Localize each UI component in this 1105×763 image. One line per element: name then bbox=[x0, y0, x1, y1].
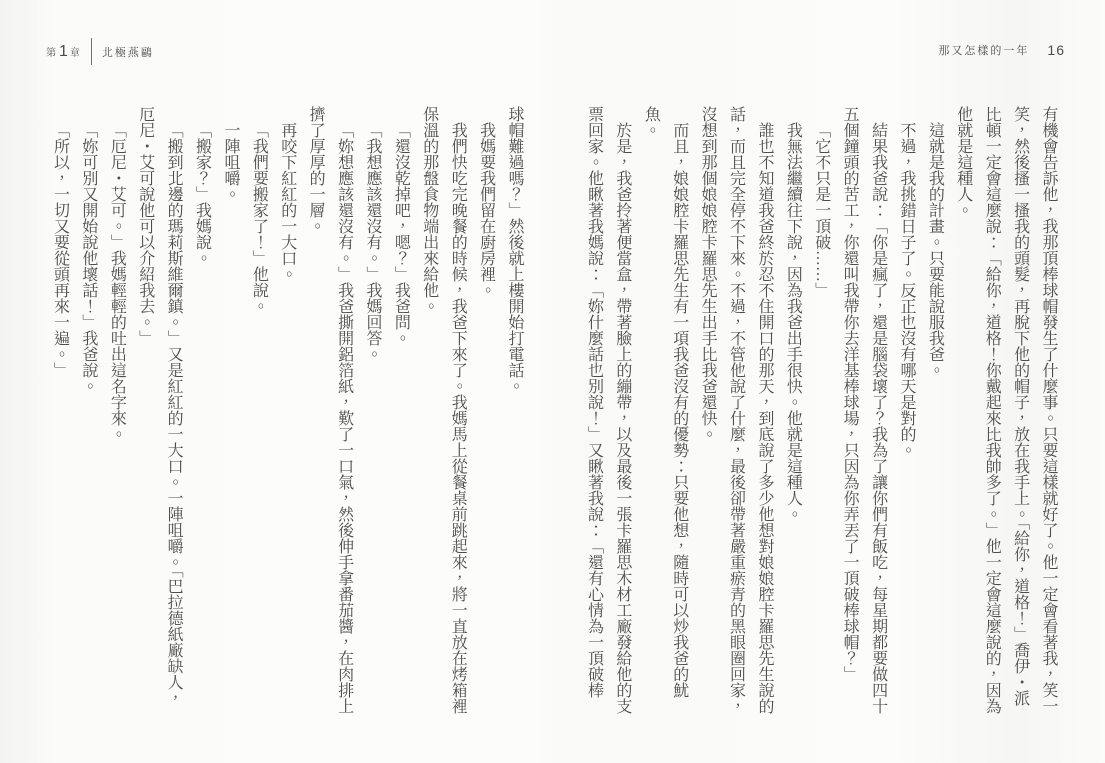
paragraph: 「它不只是一頂破……」 bbox=[806, 106, 834, 717]
chapter-title: 北極燕鷗 bbox=[102, 44, 154, 60]
paragraph: 我無法繼續往下說，因為我爸出手很快。他就是這種人。 bbox=[778, 106, 806, 717]
book-spread: 第 1 章 北極燕鷗 那又怎樣的一年 16 有機會告訴他，我那頂棒球帽發生了什麼… bbox=[0, 0, 1105, 763]
paragraph: 誰也不知道我爸終於忍不住開口的那天，到底說了多少他想對娘娘腔卡羅思先生說的話，而… bbox=[693, 106, 778, 717]
book-title: 那又怎樣的一年 bbox=[938, 42, 1029, 58]
chapter-label-prefix: 第 bbox=[46, 44, 57, 59]
paragraph: 一陣咀嚼。 bbox=[216, 106, 244, 717]
paragraph: 我們快吃完晚餐的時候，我爸下來了。我媽馬上從餐桌前跳起來，將一直放在烤箱裡保溫的… bbox=[414, 106, 471, 717]
right-page-header: 那又怎樣的一年 16 bbox=[938, 42, 1065, 58]
paragraph: 而且，娘娘腔卡羅思先生有一項我爸沒有的優勢：只要他想，隨時可以炒我爸的魷魚。 bbox=[636, 106, 693, 717]
left-page-header: 第 1 章 北極燕鷗 bbox=[46, 38, 154, 65]
paragraph: 「妳想應該還沒有。」我爸撕開鋁箔紙，歎了一口氣，然後伸手拿番茄醬，在肉排上擠了厚… bbox=[301, 106, 358, 717]
paragraph: 再咬下紅紅的一大口。 bbox=[272, 106, 300, 717]
paragraph: 「所以，一切又要從頭再來一遍。」 bbox=[45, 106, 73, 717]
chapter-number: 1 bbox=[59, 44, 68, 60]
paragraph: 「厄尼・艾可。」我媽輕輕的吐出這名字來。 bbox=[102, 106, 130, 717]
paragraph: 「妳可別又開始說他壞話！」我爸說。 bbox=[74, 106, 102, 717]
paragraph: 「我們要搬家了！」他說。 bbox=[244, 106, 272, 717]
paragraph: 有機會告訴他，我那頂棒球帽發生了什麼事。只要這樣就好了。他一定會看著我，笑一笑，… bbox=[948, 106, 1062, 717]
chapter-label-suffix: 章 bbox=[70, 44, 81, 59]
page-number: 16 bbox=[1047, 42, 1065, 58]
paragraph: 球帽難過嗎？」然後就上樓開始打電話。 bbox=[500, 106, 528, 717]
paragraph: 不過，我挑錯日子了。反正也沒有哪天是對的。 bbox=[892, 106, 920, 717]
right-page-text: 有機會告訴他，我那頂棒球帽發生了什麼事。只要這樣就好了。他一定會看著我，笑一笑，… bbox=[575, 106, 1062, 717]
header-divider bbox=[91, 38, 92, 65]
paragraph: 結果我爸說：「你是瘋了，還是腦袋壞了？我為了讓你們有飯吃，每星期都要做四十五個鐘… bbox=[835, 106, 892, 717]
paragraph: 我媽要我們留在廚房裡。 bbox=[471, 106, 499, 717]
paragraph: 「搬到北邊的瑪莉斯維爾鎮。」又是紅紅的一大口。一陣咀嚼。「巴拉德紙廠缺人，厄尼・… bbox=[130, 106, 187, 717]
paragraph: 於是，我爸拎著便當盒，帶著臉上的繃帶，以及最後一張卡羅思木材工廠發給他的支票回家… bbox=[579, 106, 636, 717]
paragraph: 「我想應該還沒有。」我媽回答。 bbox=[358, 106, 386, 717]
paragraph: 「搬家？」我媽說。 bbox=[187, 106, 215, 717]
paragraph: 「還沒乾掉吧，嗯？」我爸問。 bbox=[386, 106, 414, 717]
paragraph: 這就是我的計畫。只要能說服我爸。 bbox=[920, 106, 948, 717]
left-page-text: 球帽難過嗎？」然後就上樓開始打電話。 我媽要我們留在廚房裡。 我們快吃完晚餐的時… bbox=[42, 106, 528, 717]
